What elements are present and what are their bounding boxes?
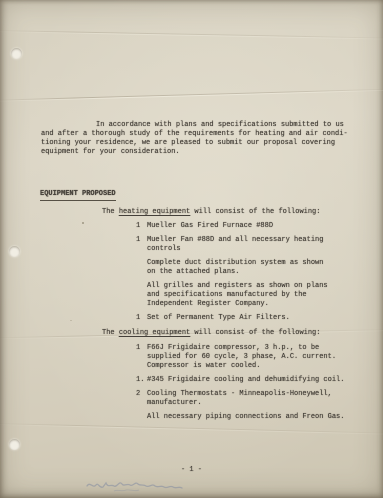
item-text: Mueller Gas Fired Furnace #88D bbox=[147, 222, 383, 231]
item-quantity bbox=[136, 282, 147, 309]
item-quantity bbox=[136, 413, 147, 422]
item-quantity: 1 bbox=[136, 236, 147, 254]
list-item-thermostats: 2 Cooling Thermostats - Minneapolis-Hone… bbox=[136, 390, 383, 408]
cooling-lead-sentence: The cooling equipment will consist of th… bbox=[102, 329, 383, 338]
intro-paragraph: In accordance with plans and specificati… bbox=[41, 121, 377, 157]
lead-suffix: will consist of the following: bbox=[190, 208, 320, 216]
list-item-piping-freon: All necessary piping connections and Fre… bbox=[136, 413, 383, 422]
item-text: F66J Frigidaire compressor, 3 h.p., to b… bbox=[147, 344, 383, 371]
item-text: Set of Permanent Type Air Filters. bbox=[147, 314, 383, 323]
section-heading-equipment-proposed: EQUIPMENT PROPOSED bbox=[40, 190, 116, 201]
lead-suffix: will consist of the following: bbox=[190, 329, 320, 337]
list-item-furnace: 1 Mueller Gas Fired Furnace #88D bbox=[136, 222, 383, 231]
list-item-grilles-registers: All grilles and registers as shown on pl… bbox=[136, 282, 383, 309]
item-quantity bbox=[136, 259, 147, 277]
heating-lead-sentence: The heating equipment will consist of th… bbox=[102, 208, 383, 217]
item-quantity: 1 bbox=[136, 344, 147, 371]
scanned-document-page: In accordance with plans and specificati… bbox=[0, 0, 383, 498]
item-text: Mueller Fan #88D and all necessary heati… bbox=[147, 236, 383, 254]
heating-equipment-term: heating equipment bbox=[119, 208, 190, 216]
item-text: All necessary piping connections and Fre… bbox=[147, 413, 383, 422]
list-item-duct-system: Complete duct distribution system as sho… bbox=[136, 259, 383, 277]
item-text: All grilles and registers as shown on pl… bbox=[147, 282, 383, 309]
item-quantity: 2 bbox=[136, 390, 147, 408]
item-quantity: 1. bbox=[136, 376, 147, 385]
lead-prefix: The bbox=[102, 208, 119, 216]
list-item-compressor: 1 F66J Frigidaire compressor, 3 h.p., to… bbox=[136, 344, 383, 371]
item-quantity: 1 bbox=[136, 314, 147, 323]
list-item-air-filters: 1 Set of Permanent Type Air Filters. bbox=[136, 314, 383, 323]
lead-prefix: The bbox=[102, 329, 119, 337]
handwritten-note bbox=[84, 477, 194, 495]
list-item-cooling-coil: 1. #345 Frigidaire cooling and dehumidif… bbox=[136, 376, 383, 385]
cooling-equipment-term: cooling equipment bbox=[119, 329, 190, 337]
item-quantity: 1 bbox=[136, 222, 147, 231]
item-text: Cooling Thermostats - Minneapolis-Honeyw… bbox=[147, 390, 383, 408]
list-item-fan: 1 Mueller Fan #88D and all necessary hea… bbox=[136, 236, 383, 254]
page-number: - 1 - bbox=[0, 466, 383, 475]
item-text: Complete duct distribution system as sho… bbox=[147, 259, 383, 277]
item-text: #345 Frigidaire cooling and dehumidifyin… bbox=[147, 376, 383, 385]
